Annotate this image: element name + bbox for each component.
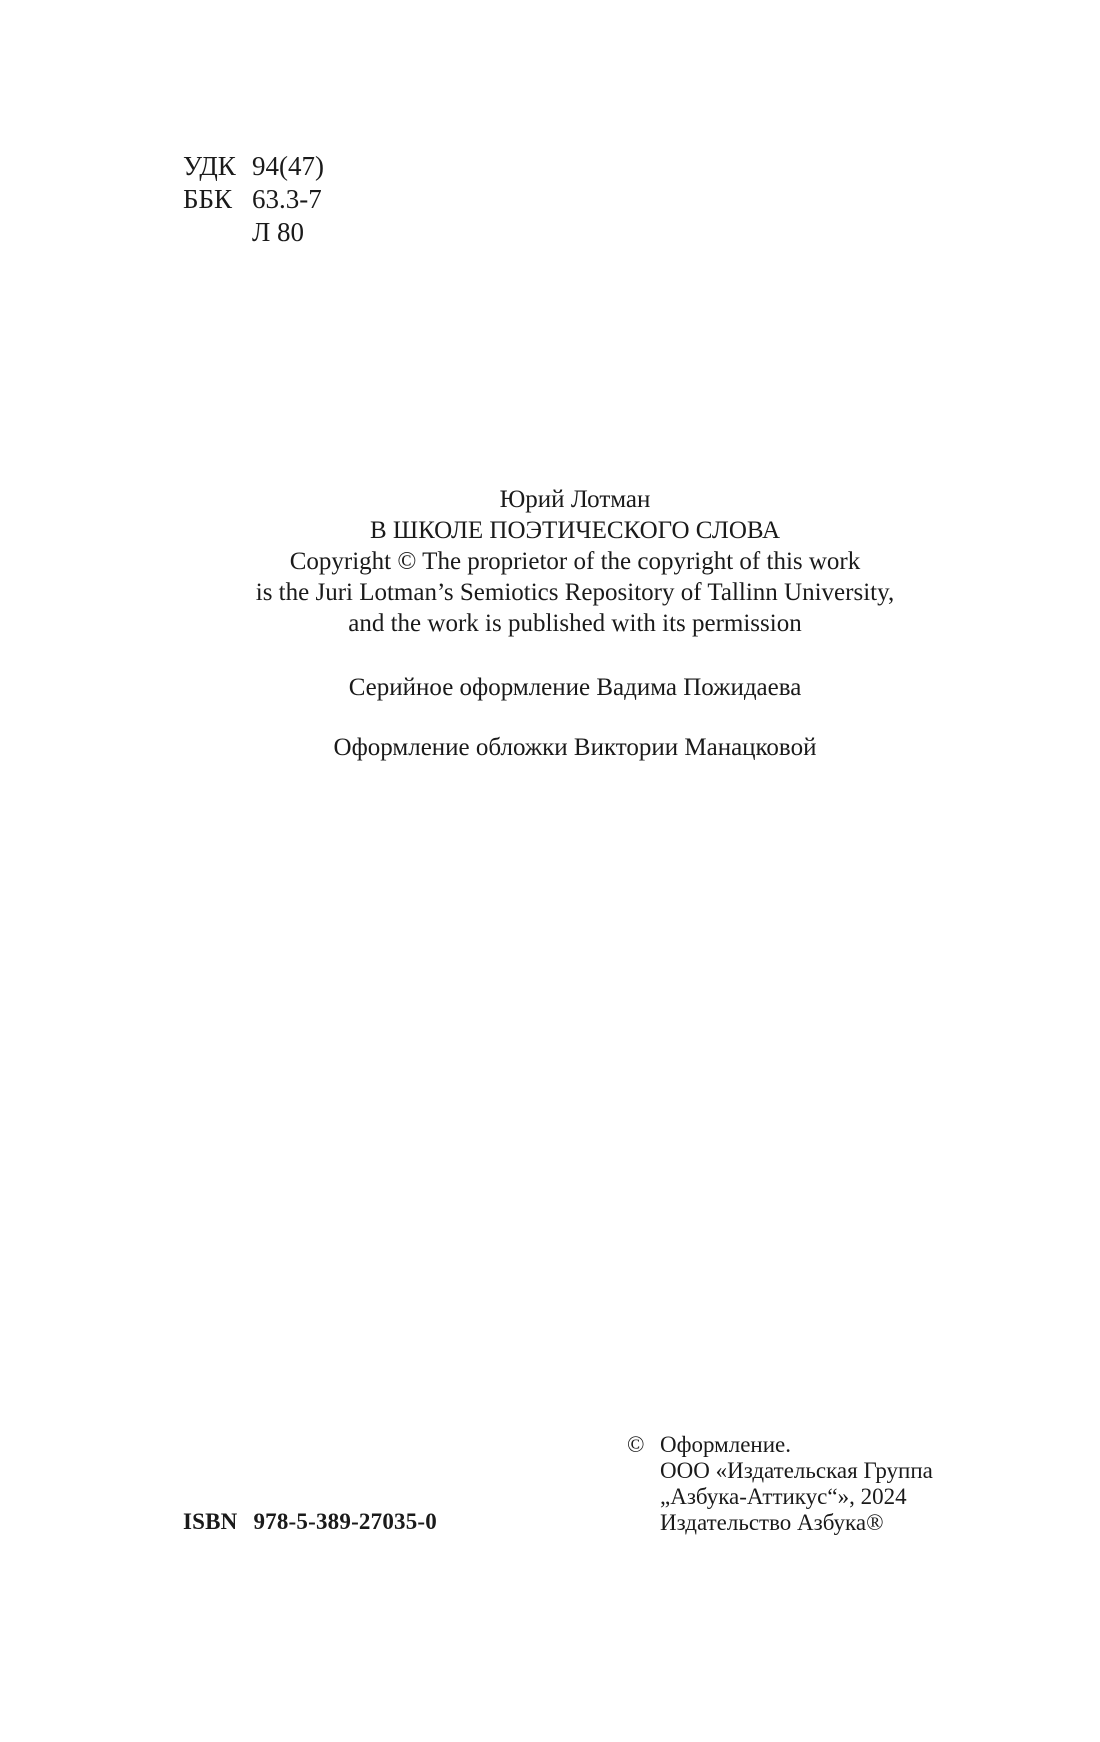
publisher-rights: © Оформление. ООО «Издательская Группа „… (627, 1432, 933, 1536)
cover-design-credit: Оформление обложки Виктории Манацковой (0, 732, 1100, 763)
udk-label: УДК (183, 150, 252, 183)
rights-line: Издательство Азбука® (660, 1510, 884, 1536)
bbk-row: ББК 63.3-7 (183, 183, 324, 216)
classification-codes: УДК 94(47) ББК 63.3-7 Л 80 (183, 150, 324, 249)
copyright-icon: © (627, 1432, 660, 1458)
udk-row: УДК 94(47) (183, 150, 324, 183)
rights-line: „Азбука-Аттикус“», 2024 (660, 1484, 907, 1510)
copyright-line: Copyright © The proprietor of the copyri… (0, 546, 1100, 577)
author-sign: Л 80 (252, 216, 304, 249)
isbn: ISBN 978-5-389-27035-0 (183, 1509, 437, 1535)
series-design-credit: Серийное оформление Вадима Пожидаева (0, 672, 1100, 703)
rights-line: Оформление. (660, 1432, 791, 1458)
author-sign-row: Л 80 (183, 216, 324, 249)
copyright-line: and the work is published with its permi… (0, 608, 1100, 639)
book-title: В ШКОЛЕ ПОЭТИЧЕСКОГО СЛОВА (0, 515, 1100, 546)
copyright-line: is the Juri Lotman’s Semiotics Repositor… (0, 577, 1100, 608)
rights-line: ООО «Издательская Группа (660, 1458, 933, 1484)
isbn-label: ISBN (183, 1509, 238, 1534)
bbk-value: 63.3-7 (252, 183, 322, 216)
title-block: Юрий Лотман В ШКОЛЕ ПОЭТИЧЕСКОГО СЛОВА C… (0, 484, 1100, 639)
isbn-value: 978-5-389-27035-0 (253, 1509, 437, 1534)
design-credits: Серийное оформление Вадима Пожидаева Офо… (0, 672, 1100, 792)
author-name: Юрий Лотман (0, 484, 1100, 515)
bbk-label: ББК (183, 183, 252, 216)
udk-value: 94(47) (252, 150, 324, 183)
